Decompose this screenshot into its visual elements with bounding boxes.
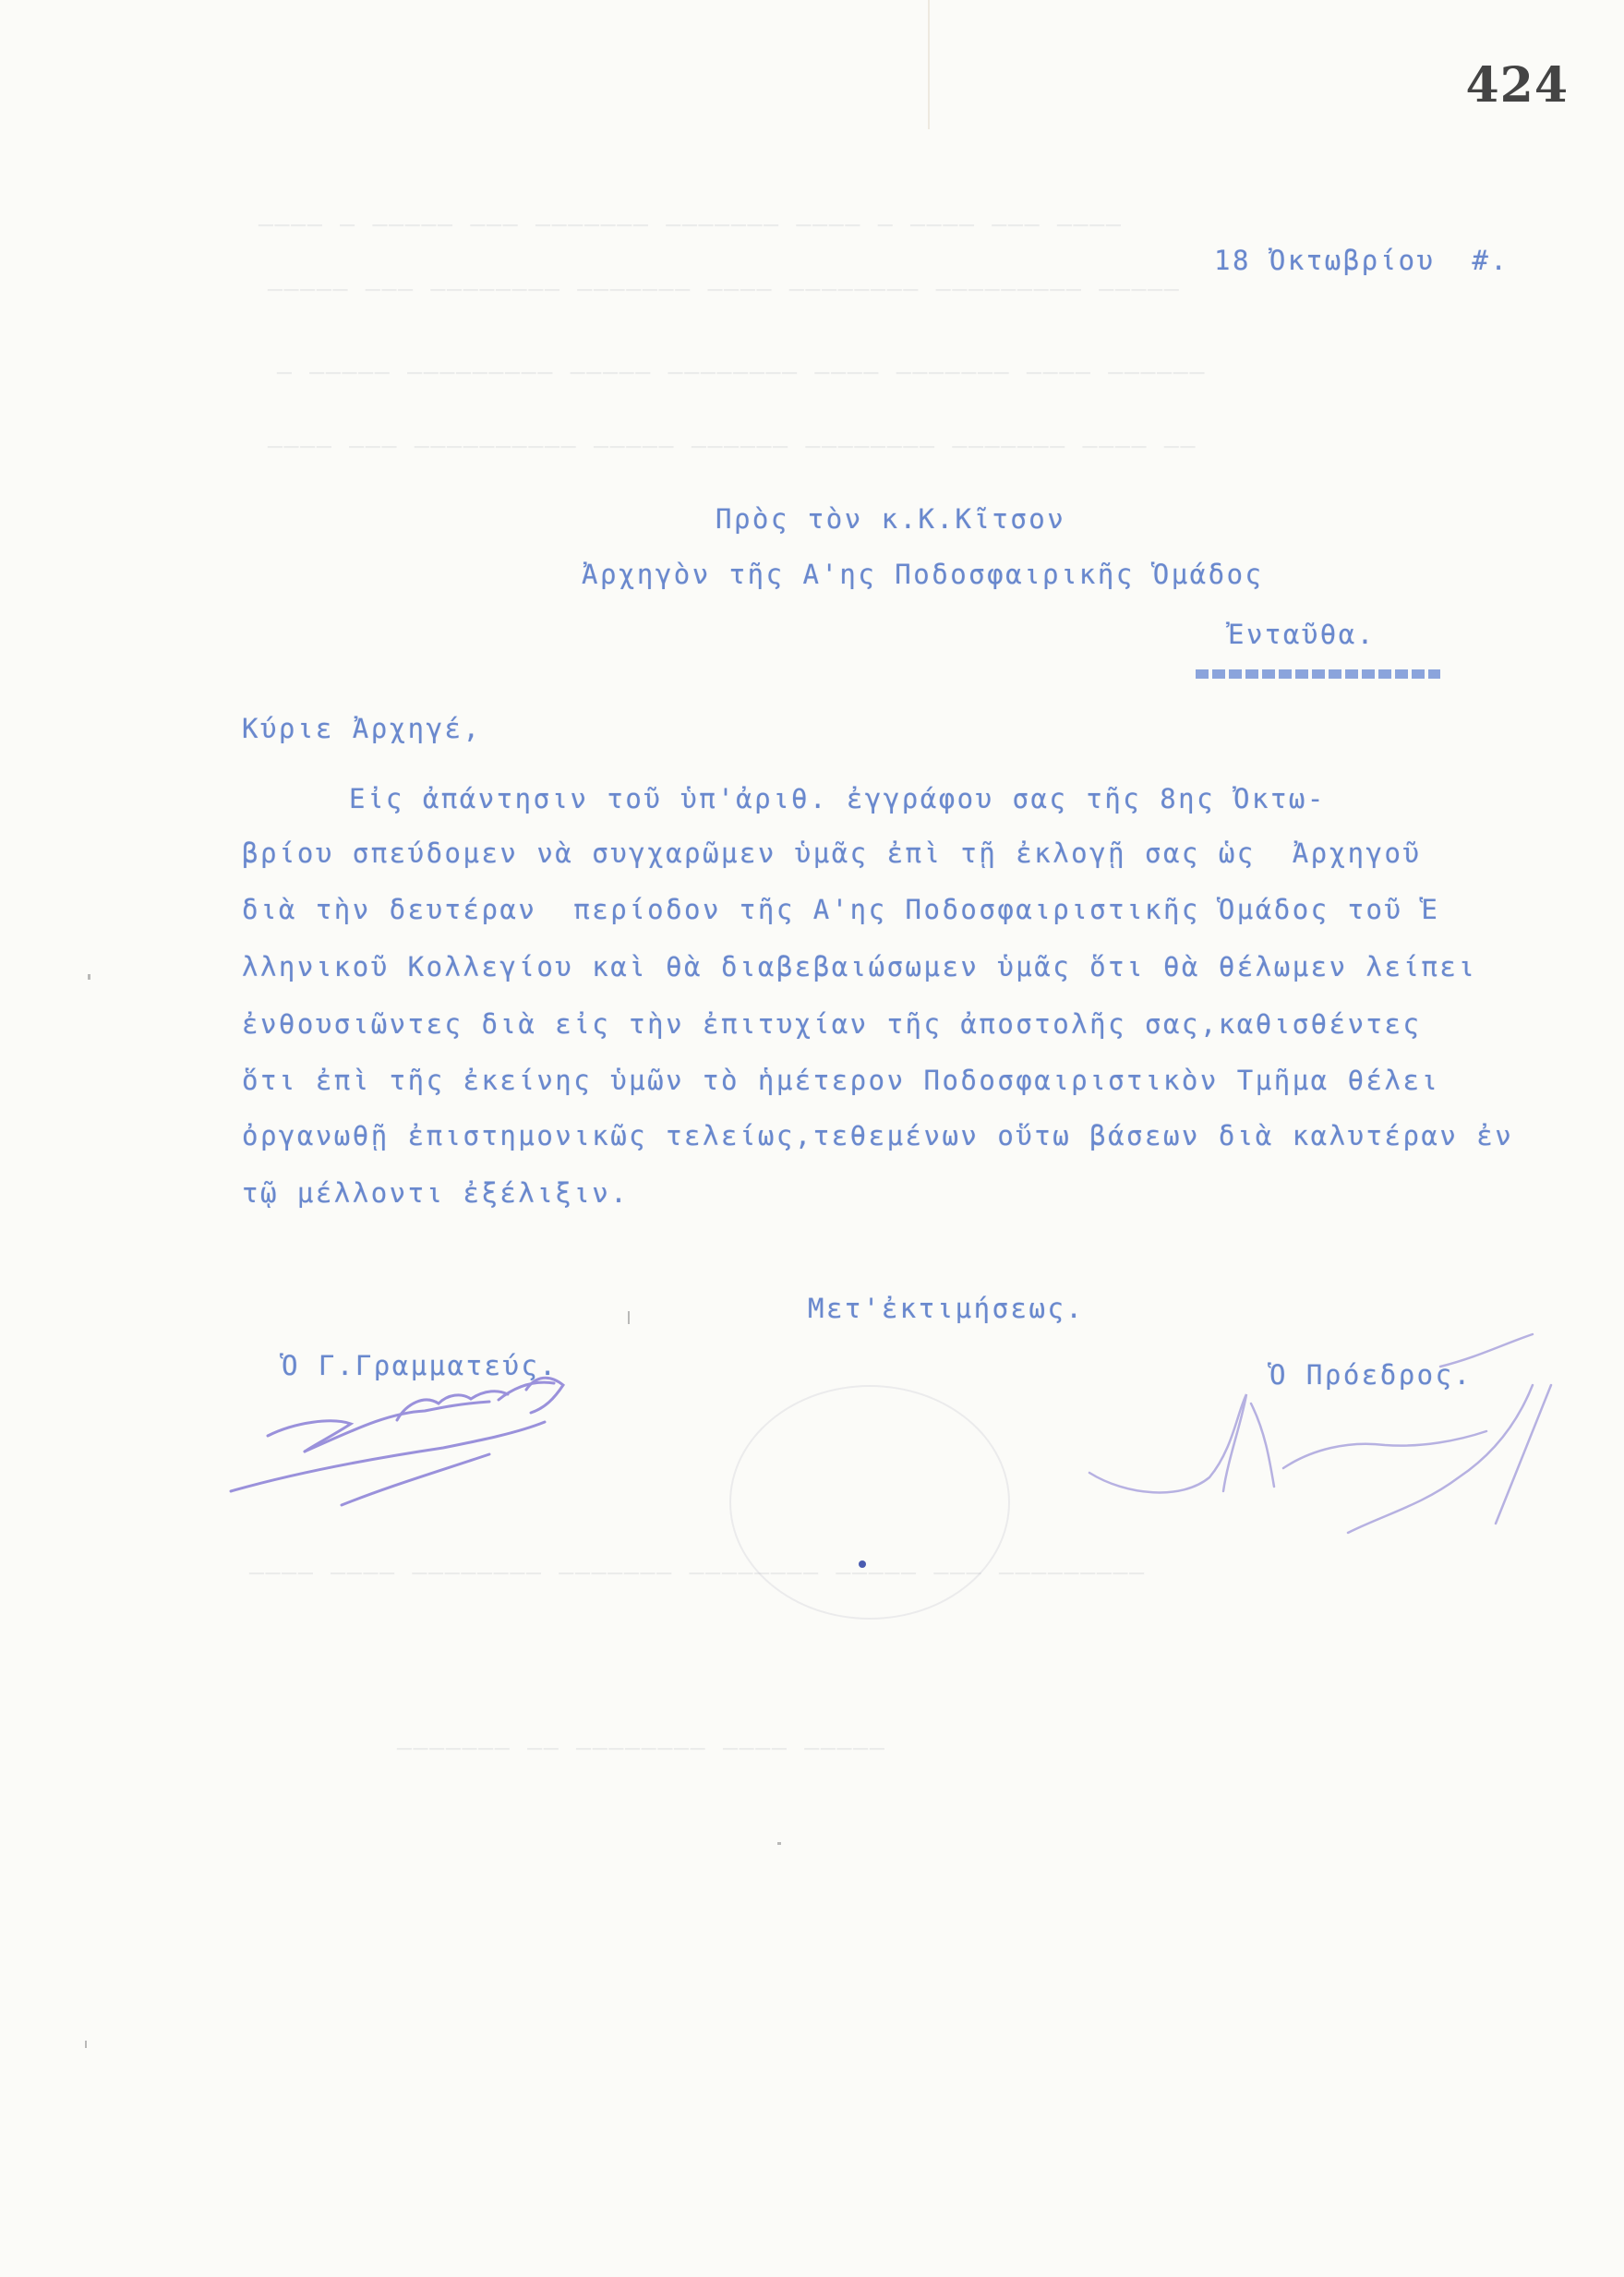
bleed-through-text: ──── ──── ──────── ─────── ──────── ────… [249, 1560, 1146, 1588]
address-underline [1196, 669, 1440, 679]
margin-mark [88, 974, 90, 980]
bleed-through-text: ──── ─ ───── ─── ─────── ─────── ──── ─ … [259, 212, 1123, 240]
paper-crease [928, 0, 930, 129]
addressee-name: Πρὸς τὸν κ.Κ.Κῖτσον [716, 503, 1065, 535]
body-line: ὅτι ἐπὶ τῆς ἐκείνης ὑμῶν τὸ ἡμέτερον Ποδ… [242, 1065, 1439, 1096]
margin-mark [85, 2041, 87, 2048]
closing: Μετ'ἐκτιμήσεως. [808, 1293, 1084, 1324]
bleed-through-text: ──── ─── ────────── ───── ────── ───────… [268, 434, 1197, 462]
body-line: λληνικοῦ Κολλεγίου καὶ θὰ διαβεβαιώσωμεν… [242, 951, 1476, 982]
margin-mark [628, 1311, 630, 1324]
body-line: τῷ μέλλοντι ἐξέλιξιν. [242, 1177, 629, 1209]
secretary-signature [212, 1367, 619, 1514]
ink-dot [859, 1560, 866, 1568]
margin-mark [777, 1842, 781, 1845]
president-signature [1071, 1330, 1588, 1551]
body-line: Εἰς ἀπάντησιν τοῦ ὑπ'ἀριθ. ἐγγράφου σας … [349, 783, 1326, 814]
addressee-location: Ἐνταῦθα. [1228, 619, 1376, 650]
addressee-title: Ἀρχηγὸν τῆς Α'ης Ποδοσφαιρικῆς Ὁμάδος [582, 559, 1264, 590]
body-line: ὀργανωθῇ ἐπιστημονικῶς τελείως,τεθεμένων… [242, 1120, 1513, 1151]
bleed-through-text: ───── ─── ──────── ─────── ──── ────────… [268, 277, 1181, 305]
page-number: 424 [1465, 57, 1569, 114]
body-line: ἐνθουσιῶντες διὰ εἰς τὴν ἐπιτυχίαν τῆς ἀ… [242, 1008, 1421, 1040]
salutation: Κύριε Ἀρχηγέ, [242, 713, 481, 744]
body-line: διὰ τὴν δευτέραν περίοδον τῆς Α'ης Ποδοσ… [242, 894, 1439, 925]
bleed-through-text: ─ ───── ───────── ───── ──────── ──── ──… [277, 360, 1206, 388]
date-line: 18 Ὀκτωβρίου #. [1214, 245, 1509, 276]
faint-seal-stamp [729, 1385, 1010, 1620]
bleed-through-text: ─────── ── ──────── ──── ───── [397, 1736, 886, 1764]
body-line: βρίου σπεύδομεν νὰ συγχαρῶμεν ὑμᾶς ἐπὶ τ… [242, 837, 1421, 869]
